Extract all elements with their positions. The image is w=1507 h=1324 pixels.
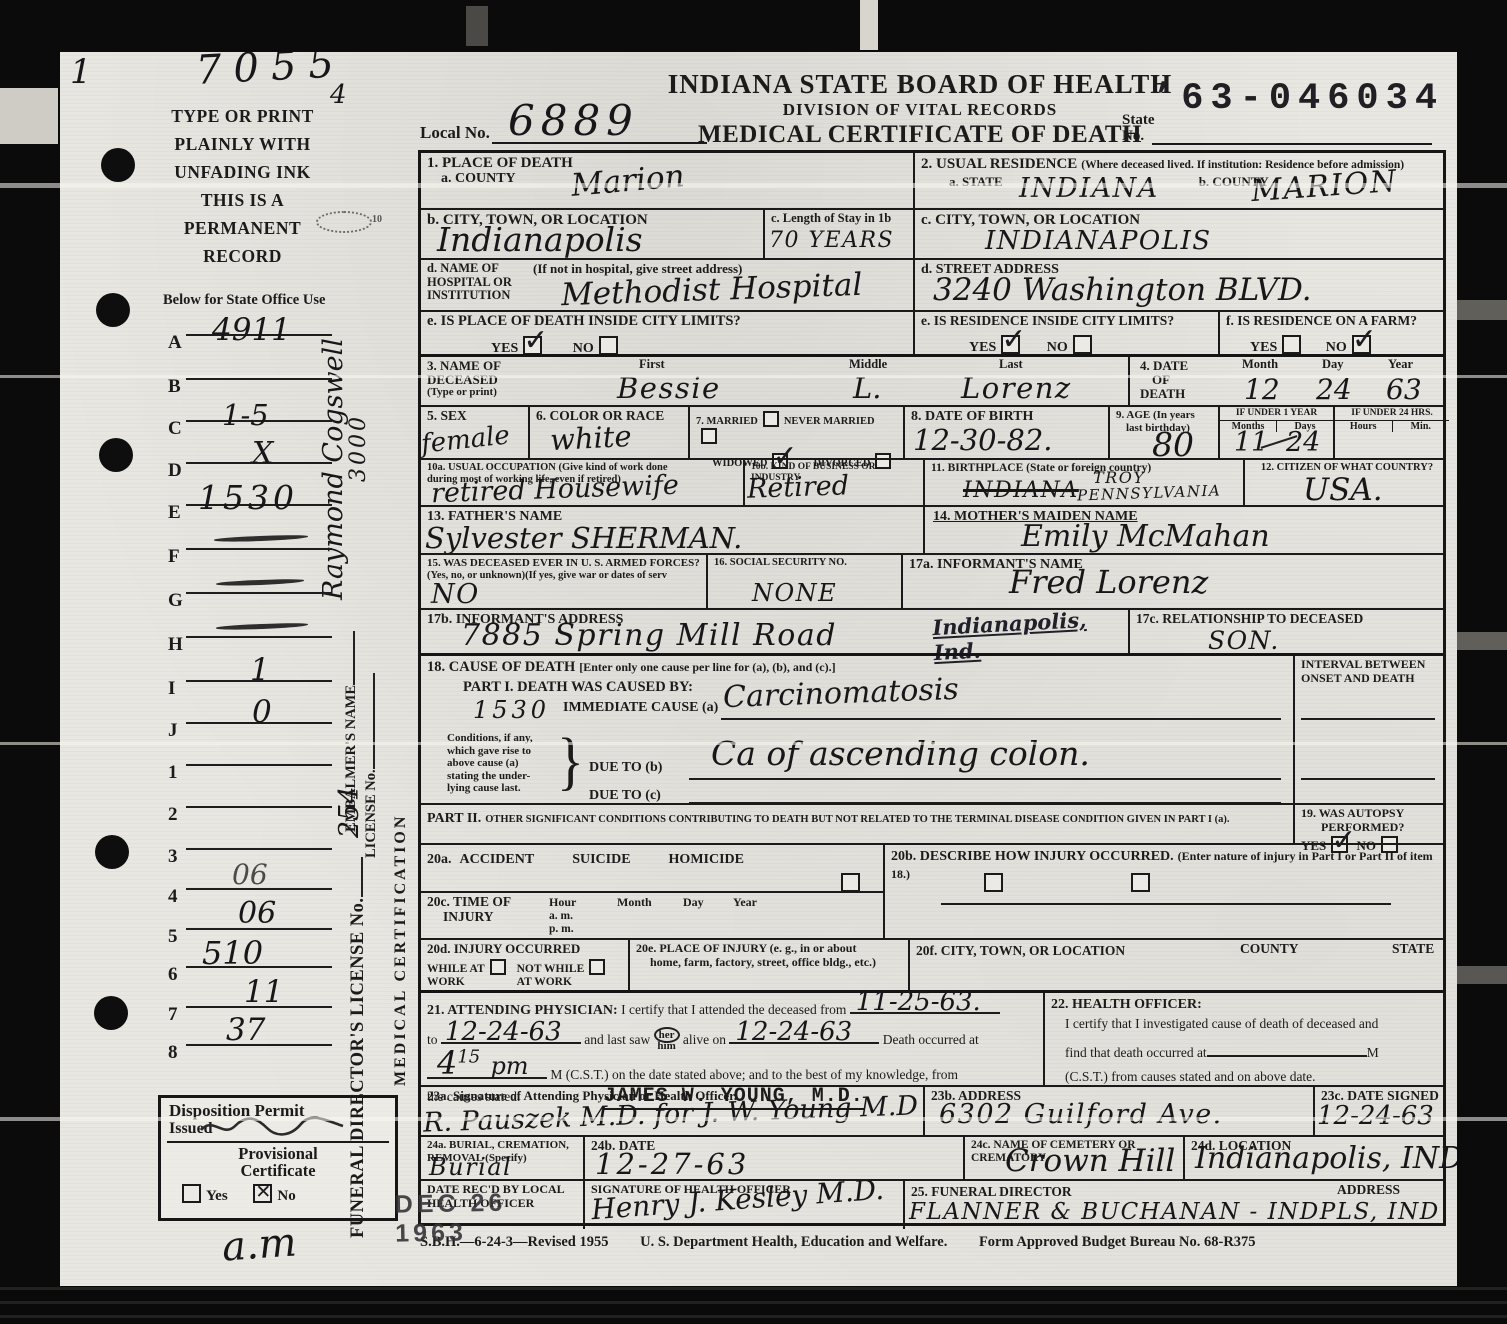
interval-a-line	[1301, 718, 1435, 720]
field-residence-city: c. CITY, TOWN, OR LOCATION INDIANAPOLIS	[913, 210, 1449, 258]
field-occupation: 10a. USUAL OCCUPATION (Give kind of work…	[421, 460, 743, 505]
burial-location-value: Indianapolis, IND.	[1195, 1141, 1472, 1176]
field-autopsy: 19. WAS AUTOPSY PERFORMED? YES NO	[1293, 805, 1449, 843]
row-label: A	[168, 332, 182, 354]
row-label: C	[168, 418, 182, 440]
field-label: 22. HEALTH OFFICER:	[1051, 997, 1443, 1012]
field-accident-time: 20a. ACCIDENT SUICIDE HOMICIDE 20c. TIME…	[421, 845, 883, 938]
field-hospital: d. NAME OF HOSPITAL OR INSTITUTION (If n…	[421, 260, 913, 310]
signer-address-value: 6302 Guilford Ave.	[939, 1099, 1223, 1130]
funeral-director-license-value: 254	[334, 786, 365, 838]
row-label: E	[168, 502, 181, 524]
field-health-officer: 22. HEALTH OFFICER: I certify that I inv…	[1043, 993, 1449, 1085]
notice-line: UNFADING INK	[160, 158, 325, 186]
field-business-industry: 10b. KIND OF BUSINESS OR INDUSTRY Retire…	[743, 460, 923, 505]
row-value: 0	[252, 694, 272, 730]
field-burial-location: 24d. LOCATION Indianapolis, IND.	[1183, 1137, 1449, 1179]
burial-date-value: 12-27-63	[595, 1147, 749, 1181]
yes-label: YES	[1250, 340, 1277, 355]
death-limits-yes-checkbox	[523, 336, 542, 355]
meridian-text: M	[1367, 1045, 1379, 1060]
funeral-director-license-label-text: FUNERAL DIRECTOR'S LICENSE No.	[348, 897, 368, 1238]
residence-limits-yes-checkbox	[1001, 335, 1020, 354]
cst-text: M (C.S.T.) on the date stated above; and…	[550, 1067, 958, 1082]
notice-line: PLAINLY WITH	[160, 130, 325, 158]
burial-type-value: Burial	[429, 1153, 512, 1181]
first-name-label: First	[639, 358, 665, 372]
row-label: F	[168, 546, 180, 568]
citizen-value: USA.	[1303, 472, 1383, 508]
field-sex: 5. SEX female	[421, 407, 528, 458]
row-label: G	[168, 590, 183, 612]
state-no-label-1: State	[1122, 112, 1155, 128]
field-under-1-year: IF UNDER 1 YEAR Months Days 11 24	[1218, 407, 1333, 458]
row-label: J	[168, 720, 178, 742]
field-label: 16. SOCIAL SECURITY NO.	[714, 557, 895, 569]
to-label: to	[427, 1032, 438, 1047]
row-value: 1	[250, 652, 270, 688]
row-label: 5	[168, 926, 178, 948]
field-armed-forces: 15. WAS DECEASED EVER IN U. S. ARMED FOR…	[421, 555, 706, 608]
row-place-residence: 1. PLACE OF DEATH a. COUNTY Marion 2. US…	[421, 153, 1443, 208]
field-under-24-hrs: IF UNDER 24 HRS. Hours Min.	[1333, 407, 1449, 458]
scan-streak	[0, 375, 1507, 378]
homicide-label: HOMICIDE	[669, 852, 744, 867]
field-burial-type: 24a. BURIAL, CREMATION, REMOVAL (Specify…	[421, 1137, 583, 1179]
field-city-of-death: b. CITY, TOWN, OR LOCATION Indianapolis	[421, 210, 763, 258]
field-label: 19. WAS AUTOPSY	[1301, 807, 1443, 821]
pm-label: p. m.	[549, 923, 574, 936]
notice-line: PERMANENT	[160, 214, 325, 242]
row-sex-race-marital: 5. SEX female 6. COLOR OR RACE white 7. …	[421, 405, 1443, 458]
middle-name-label: Middle	[849, 358, 887, 372]
residence-limits-no-checkbox	[1073, 335, 1092, 354]
field-describe-injury: 20b. DESCRIBE HOW INJURY OCCURRED. (Ente…	[883, 845, 1449, 938]
row-label: 2	[168, 804, 178, 826]
field-label: e. IS RESIDENCE INSIDE CITY LIMITS?	[921, 314, 1212, 329]
field-label: 25. FUNERAL DIRECTOR	[911, 1184, 1072, 1199]
date-signed-value: 12-24-63	[1317, 1101, 1434, 1131]
field-label: 15. WAS DECEASED EVER IN U. S. ARMED FOR…	[427, 557, 700, 570]
row-value: 4911	[212, 312, 291, 348]
residence-city-value: INDIANAPOLIS	[985, 226, 1212, 256]
row-injury-details: 20a. ACCIDENT SUICIDE HOMICIDE 20c. TIME…	[421, 843, 1443, 938]
provisional-yes-label: Yes	[206, 1188, 228, 1204]
scan-artifact	[1457, 300, 1507, 320]
row-label: 1	[168, 762, 178, 784]
am-note: a.m	[220, 1219, 298, 1270]
street-address-value: 3240 Washington BLVD.	[933, 272, 1312, 308]
row-cause-of-death: 18. CAUSE OF DEATH [Enter only one cause…	[421, 653, 1443, 803]
city-of-death-value: Indianapolis	[437, 220, 643, 259]
row-value: 1-5	[222, 398, 269, 432]
informant-name-value: Fred Lorenz	[1009, 563, 1208, 601]
mother-name-value: Emily McMahan	[1021, 519, 1270, 554]
field-color-race: 6. COLOR OR RACE white	[528, 407, 688, 458]
field-informant-name: 17a. INFORMANT'S NAME Fred Lorenz	[901, 555, 1449, 608]
month-label: Month	[1242, 358, 1278, 372]
conditions-line: above cause (a)	[447, 757, 533, 770]
field-label: 21. ATTENDING PHYSICIAN:	[427, 1003, 618, 1018]
immediate-cause-label: IMMEDIATE CAUSE (a)	[563, 700, 718, 715]
row-parents: 13. FATHER'S NAME Sylvester SHERMAN. 14.…	[421, 505, 1443, 553]
birthplace-crossed-out: INDIANA	[963, 478, 1079, 503]
attended-to-value: 12-24-63	[445, 1017, 562, 1047]
scan-artifact	[1457, 632, 1507, 650]
no-label: NO	[1047, 340, 1068, 355]
field-name-of-deceased: 3. NAME OF DECEASED (Type or print) Firs…	[421, 357, 1128, 405]
row-city-limits: e. IS PLACE OF DEATH INSIDE CITY LIMITS?…	[421, 310, 1443, 354]
death-limits-no-checkbox	[599, 336, 618, 355]
father-name-value: Sylvester SHERMAN.	[425, 521, 742, 555]
field-accident-type: 20a. ACCIDENT SUICIDE HOMICIDE	[421, 845, 883, 893]
month-label: Month	[617, 896, 652, 910]
provisional-no-label: No	[277, 1188, 295, 1204]
field-interval: INTERVAL BETWEEN ONSET AND DEATH	[1293, 656, 1449, 803]
race-value: white	[549, 419, 632, 457]
row-forces-ssn-informant: 15. WAS DECEASED EVER IN U. S. ARMED FOR…	[421, 553, 1443, 608]
scan-streak	[0, 742, 1507, 745]
field-label: 2. USUAL RESIDENCE	[921, 156, 1077, 172]
birthplace-state-value: PENNSYLVANIA	[1077, 481, 1222, 504]
field-physician-signature: 23a. Signature of Attending Physician or…	[421, 1087, 923, 1135]
time-ampm: pm	[490, 1052, 528, 1080]
batch-suffix: 4	[330, 80, 347, 110]
row-value: 1530	[198, 478, 298, 517]
row-name-date: 3. NAME OF DECEASED (Type or print) Firs…	[421, 354, 1443, 405]
department-text: U. S. Department Health, Education and W…	[640, 1234, 947, 1250]
attended-from-value: 11-25-63.	[856, 987, 981, 1017]
min-label: Min.	[1392, 421, 1450, 433]
row-city: b. CITY, TOWN, OR LOCATION Indianapolis …	[421, 208, 1443, 258]
row-label: 8	[168, 1042, 178, 1064]
age-days-value: 24	[1286, 427, 1320, 458]
ssn-value: NONE	[752, 579, 837, 607]
state-file-number: ’63-046034	[1152, 78, 1444, 120]
last-saw-text: and last saw	[584, 1032, 650, 1047]
field-label: 20e. PLACE OF INJURY (e. g., in or about	[636, 942, 902, 956]
day-label: Day	[1322, 358, 1344, 372]
day-label: Day	[683, 896, 704, 910]
sex-value: female	[420, 420, 512, 459]
while-at-work-label2: WORK	[427, 976, 465, 988]
injury-blank-line	[941, 903, 1391, 905]
notice-line: RECORD	[160, 242, 325, 270]
part2-label: PART II.	[427, 811, 481, 826]
accident-label: ACCIDENT	[460, 852, 535, 867]
field-label: e. IS PLACE OF DEATH INSIDE CITY LIMITS?	[427, 314, 907, 330]
year-label: Year	[733, 896, 757, 910]
field-date-signed: 23c. DATE SIGNED 12-24-63	[1313, 1087, 1449, 1135]
field-birthplace: 11. BIRTHPLACE (State or foreign country…	[923, 460, 1243, 505]
row-informant-address: 17b. INFORMANT'S ADDRESS 7885 Spring Mil…	[421, 608, 1443, 653]
medical-certification-label: MEDICAL CERTIFICATION	[392, 814, 409, 1086]
scanned-death-certificate: 1 7055 4 TYPE OR PRINT PLAINLY WITH UNFA…	[0, 0, 1507, 1324]
suicide-label: SUICIDE	[572, 852, 630, 867]
seal-number: 10	[372, 214, 382, 225]
field-death-inside-limits: e. IS PLACE OF DEATH INSIDE CITY LIMITS?…	[421, 312, 913, 354]
scan-artifact	[1457, 966, 1507, 984]
row-label: D	[168, 460, 182, 482]
field-burial-date: 24b. DATE 12-27-63	[583, 1137, 963, 1179]
am-label: a. m.	[549, 910, 573, 923]
punch-hole	[94, 996, 128, 1030]
notice-line: THIS IS A	[160, 186, 325, 214]
provisional-yes-checkbox	[182, 1184, 201, 1203]
scribble	[216, 622, 308, 630]
field-label: c. Length of Stay in 1b	[771, 212, 907, 226]
funeral-director-license-label: FUNERAL DIRECTOR'S LICENSE No.	[346, 857, 369, 1238]
scribble	[214, 534, 308, 542]
row-label: I	[168, 678, 175, 700]
field-marital-status: 7. MARRIEDNEVER MARRIED WIDOWEDDIVORCED	[688, 407, 903, 458]
brace-glyph: }	[557, 725, 584, 799]
field-street-address: d. STREET ADDRESS 3240 Washington BLVD.	[913, 260, 1449, 310]
hour-label: Hour	[549, 896, 576, 910]
scan-band-bottom	[0, 1286, 1507, 1324]
cause-b-line	[689, 778, 1281, 780]
not-while-at-work-checkbox	[589, 959, 605, 975]
field-health-officer-signature: SIGNATURE OF HEALTH OFFICER Henry J. Kes…	[583, 1181, 903, 1229]
alive-on-value: 12-24-63	[735, 1017, 852, 1047]
health-officer-text: find that death occurred at	[1065, 1045, 1207, 1060]
conditions-line: stating the under-	[447, 770, 533, 783]
county-header: COUNTY	[1240, 942, 1299, 957]
hours-label: Hours	[1335, 421, 1392, 433]
scan-artifact	[860, 0, 878, 50]
punch-hole	[96, 293, 130, 327]
field-funeral-director: 25. FUNERAL DIRECTOR ADDRESS FLANNER & B…	[903, 1181, 1449, 1229]
embalmer-license-value: 3000	[346, 414, 371, 482]
field-label: 20a.	[427, 852, 452, 867]
scan-band-left	[0, 0, 60, 1324]
scan-streak	[0, 1117, 1507, 1121]
death-occurred-text: Death occurred at	[883, 1032, 979, 1047]
field-part2: PART II. OTHER SIGNIFICANT CONDITIONS CO…	[421, 805, 1293, 843]
due-to-c-label: DUE TO (c)	[589, 788, 661, 803]
informant-address-value: 7885 Spring Mill Road	[461, 618, 837, 653]
farm-yes-checkbox	[1282, 335, 1301, 354]
punch-hole	[99, 438, 133, 472]
budget-approval-text: Form Approved Budget Bureau No. 68-R375	[979, 1234, 1256, 1250]
scan-artifact	[0, 88, 58, 144]
health-officer-text: I certify that I investigated cause of d…	[1065, 1016, 1443, 1032]
field-label: 24a. BURIAL, CREMATION,	[427, 1139, 577, 1152]
row-part2-autopsy: PART II. OTHER SIGNIFICANT CONDITIONS CO…	[421, 803, 1443, 843]
provisional-no-checkbox	[253, 1184, 272, 1203]
field-place-of-death: 1. PLACE OF DEATH a. COUNTY Marion	[421, 153, 913, 208]
cause-a-line	[721, 718, 1281, 720]
field-label: INJURY	[443, 910, 877, 925]
field-label: 20c. TIME OF	[427, 895, 877, 910]
field-ssn: 16. SOCIAL SECURITY NO. NONE	[706, 555, 901, 608]
cemetery-value: Crown Hill	[1005, 1143, 1175, 1179]
length-of-stay-value: 70 YEARS	[769, 228, 894, 253]
field-label: 20b. DESCRIBE HOW INJURY OCCURRED.	[891, 849, 1174, 864]
pencil-mark: 1	[70, 52, 92, 92]
field-place-of-injury: 20e. PLACE OF INJURY (e. g., in or about…	[628, 940, 908, 990]
field-label: 17c. RELATIONSHIP TO DECEASED	[1136, 612, 1443, 627]
field-mother-name: 14. MOTHER'S MAIDEN NAME Emily McMahan	[923, 507, 1449, 553]
scan-band-right	[1457, 0, 1507, 1324]
no-label: NO	[1326, 340, 1347, 355]
row-occupation-birthplace: 10a. USUAL OCCUPATION (Give kind of work…	[421, 458, 1443, 505]
armed-forces-value: NO	[431, 579, 480, 610]
never-married-label: NEVER MARRIED	[784, 416, 875, 427]
punch-hole	[95, 835, 129, 869]
date-of-birth-value: 12-30-82.	[913, 423, 1053, 457]
residence-state-value: INDIANA	[1019, 173, 1159, 204]
field-date-received: DATE REC'D BY LOCAL HEALTH OFFICER DEC 2…	[421, 1181, 583, 1229]
age-months-value: 11	[1234, 427, 1268, 458]
not-while-at-work-label: NOT WHILE	[517, 963, 585, 975]
local-no-label: Local No.	[420, 124, 490, 142]
field-attending-physician: 21. ATTENDING PHYSICIAN: I certify that …	[421, 993, 1043, 1085]
due-to-b-value: Ca of ascending colon.	[711, 734, 1090, 773]
date-received-stamp: DEC 26 1963	[395, 1187, 584, 1248]
certify-text: I certify that I attended the deceased f…	[621, 1002, 846, 1017]
embossed-seal	[316, 211, 372, 233]
field-date-of-death: 4. DATE OF DEATH Month Day Year 12 24 63	[1128, 357, 1449, 405]
field-injury-city: 20f. CITY, TOWN, OR LOCATION COUNTY STAT…	[908, 940, 1449, 990]
field-hint: (If yes, give war or dates of serv	[525, 570, 667, 581]
relationship-value: SON.	[1208, 626, 1280, 655]
certificate-form: 1. PLACE OF DEATH a. COUNTY Marion 2. US…	[418, 150, 1446, 1226]
row-hospital-street: d. NAME OF HOSPITAL OR INSTITUTION (If n…	[421, 258, 1443, 310]
row-received: DATE REC'D BY LOCAL HEALTH OFFICER DEC 2…	[421, 1179, 1443, 1229]
state-no-label-2: No.	[1122, 128, 1144, 144]
alive-on-text: alive on	[683, 1032, 726, 1047]
married-checkbox	[763, 411, 779, 427]
row-value: 510	[202, 934, 263, 972]
accident-checkbox	[841, 873, 860, 892]
state-header: STATE	[1392, 942, 1434, 957]
field-label: 11. BIRTHPLACE (State or foreign country…	[931, 462, 1237, 475]
notice-line: TYPE OR PRINT	[160, 102, 325, 130]
punch-hole	[101, 148, 135, 182]
address-label: ADDRESS	[1337, 1183, 1400, 1198]
not-while-at-work-label2: AT WORK	[517, 976, 572, 988]
scan-band-top	[0, 0, 1507, 52]
conditions-line: which gave rise to	[447, 745, 533, 758]
health-officer-text: (C.S.T.) from causes stated and on above…	[1065, 1069, 1443, 1085]
state-no-line	[1152, 143, 1432, 145]
field-citizen: 12. CITIZEN OF WHAT COUNTRY? USA.	[1243, 460, 1449, 505]
row-label: 4	[168, 886, 178, 908]
row-value: 06	[232, 858, 268, 891]
never-married-checkbox	[701, 428, 717, 444]
field-hint: [Enter only one cause per line for (a), …	[579, 660, 835, 674]
while-at-work-checkbox	[490, 959, 506, 975]
scribble	[216, 578, 304, 586]
field-time-of-injury: 20c. TIME OF INJURY Hour a. m. p. m. Mon…	[421, 893, 883, 926]
conditions-line: lying cause last.	[447, 782, 533, 795]
row-value: 06	[238, 896, 276, 931]
row-signature: 23a. Signature of Attending Physician or…	[421, 1085, 1443, 1135]
field-label: home, farm, factory, street, office bldg…	[650, 956, 902, 970]
field-label: INTERVAL BETWEEN	[1301, 658, 1443, 672]
field-residence-on-farm: f. IS RESIDENCE ON A FARM? YES NO	[1218, 312, 1449, 354]
him-text: him	[657, 1040, 675, 1052]
row-value: X	[252, 436, 273, 471]
business-value: Retired	[746, 470, 849, 505]
field-label: 20d. INJURY OCCURRED	[427, 942, 622, 956]
field-cause-of-death: 18. CAUSE OF DEATH [Enter only one cause…	[421, 656, 1293, 803]
field-label: IF UNDER 24 HRS.	[1335, 407, 1449, 421]
time-hour: 4	[437, 1044, 457, 1082]
row-label: 3	[168, 846, 178, 868]
field-father-name: 13. FATHER'S NAME Sylvester SHERMAN.	[421, 507, 923, 553]
row-label: 7	[168, 1004, 178, 1026]
field-date-of-birth: 8. DATE OF BIRTH 12-30-82.	[903, 407, 1108, 458]
part2-text: OTHER SIGNIFICANT CONDITIONS CONTRIBUTIN…	[485, 814, 1229, 825]
row-label: B	[168, 376, 181, 398]
scan-artifact	[466, 6, 488, 46]
row-value: 11	[244, 974, 283, 1010]
embalmer-license-label-text: LICENSE No.	[363, 769, 379, 858]
yes-label: YES	[969, 340, 996, 355]
while-at-work-label: WHILE AT	[427, 963, 485, 975]
field-informant-address: 17b. INFORMANT'S ADDRESS 7885 Spring Mil…	[421, 610, 1128, 653]
time-minutes: 15	[457, 1046, 480, 1067]
due-to-b-label: DUE TO (b)	[589, 760, 662, 775]
local-no-value: 6889	[508, 96, 639, 145]
field-injury-occurred: 20d. INJURY OCCURRED WHILE ATWORK NOT WH…	[421, 940, 628, 990]
last-name-label: Last	[999, 358, 1023, 372]
row-burial: 24a. BURIAL, CREMATION, REMOVAL (Specify…	[421, 1135, 1443, 1179]
year-label: Year	[1388, 358, 1413, 372]
field-label: 8. DATE OF BIRTH	[911, 409, 1102, 424]
immediate-cause-value: Carcinomatosis	[722, 672, 959, 715]
death-time-value: 415 pm	[437, 1044, 529, 1082]
field-label: 20f. CITY, TOWN, OR LOCATION	[916, 943, 1125, 958]
state-office-note: Below for State Office Use	[163, 293, 325, 309]
row-label: 6	[168, 964, 178, 986]
scan-streak	[0, 183, 1507, 188]
field-cemetery: 24c. NAME OF CEMETERY OR CREMATORY Crown…	[963, 1137, 1183, 1179]
field-label: IF UNDER 1 YEAR	[1220, 407, 1333, 421]
interval-b-line	[1301, 778, 1435, 780]
cause-code-value: 1530	[473, 696, 550, 724]
health-officer-signature-value: Henry J. Kesley M.D.	[590, 1173, 885, 1226]
field-usual-residence: 2. USUAL RESIDENCE (Where deceased lived…	[913, 153, 1449, 208]
row-value: 37	[226, 1012, 265, 1048]
row-physician-health-officer: 21. ATTENDING PHYSICIAN: I certify that …	[421, 990, 1443, 1085]
row-label: H	[168, 634, 183, 656]
field-length-of-stay: c. Length of Stay in 1b 70 YEARS	[763, 210, 913, 258]
field-relationship: 17c. RELATIONSHIP TO DECEASED SON.	[1128, 610, 1449, 653]
field-residence-inside-limits: e. IS RESIDENCE INSIDE CITY LIMITS? YES …	[913, 312, 1218, 354]
married-label: 7. MARRIED	[696, 416, 758, 427]
field-label: f. IS RESIDENCE ON A FARM?	[1226, 314, 1443, 329]
field-label: ONSET AND DEATH	[1301, 672, 1443, 686]
field-label: 18. CAUSE OF DEATH	[427, 659, 575, 675]
field-label: 9. AGE (In years	[1116, 409, 1212, 422]
field-age: 9. AGE (In years last birthday) 80	[1108, 407, 1218, 458]
field-signer-address: 23b. ADDRESS 6302 Guilford Ave.	[923, 1087, 1313, 1135]
funeral-director-value: FLANNER & BUCHANAN - INDPLS, IND	[909, 1199, 1440, 1225]
farm-no-checkbox	[1352, 335, 1371, 354]
row-injury-place: 20d. INJURY OCCURRED WHILE ATWORK NOT WH…	[421, 938, 1443, 990]
